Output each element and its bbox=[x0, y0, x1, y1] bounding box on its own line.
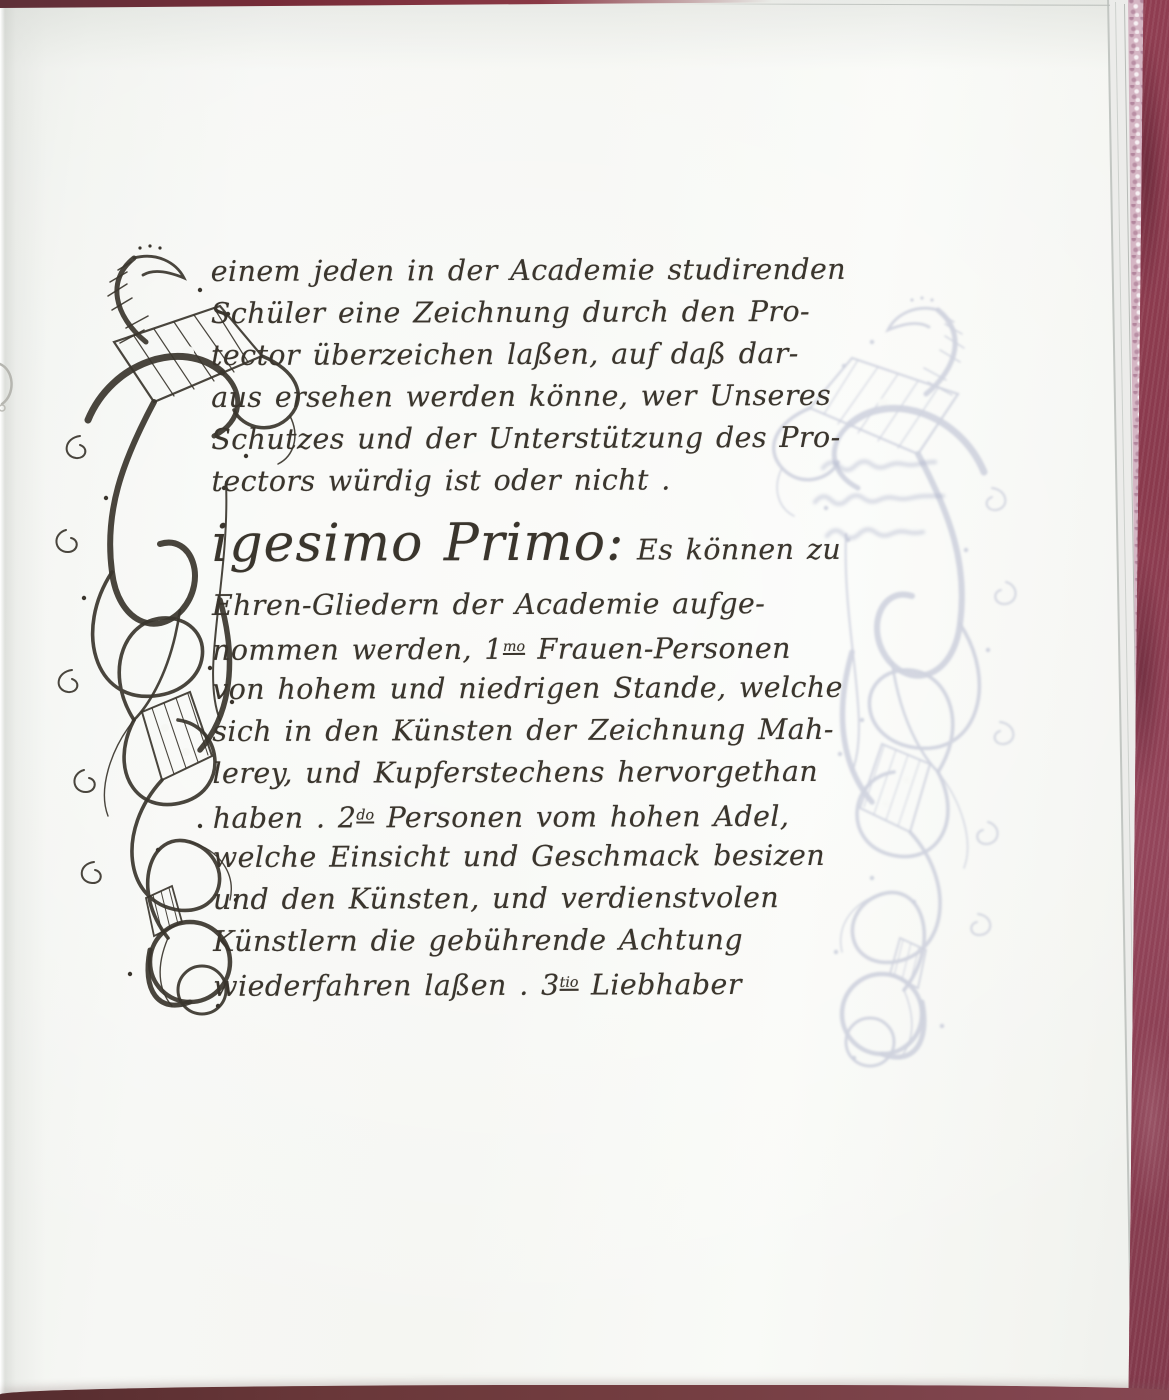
section-heading: igesimo Primo: bbox=[212, 513, 625, 574]
line-text: einem jeden in der Academie studirenden bbox=[211, 253, 846, 288]
line-text: Ehren-Gliedern der Academie aufge- bbox=[212, 587, 766, 622]
line-text: nommen werden, 1 bbox=[212, 633, 503, 667]
book-photo: einem jeden in der Academie studirendenS… bbox=[0, 0, 1169, 1400]
binding-thread-mark bbox=[0, 360, 24, 416]
line-text: lerey, und Kupferstechens hervorgethan bbox=[212, 755, 818, 790]
manuscript-line: haben . 2do Personen vom hohen Adel, bbox=[213, 793, 801, 837]
manuscript-line: sich in den Künsten der Zeichnung Mah- bbox=[212, 709, 800, 753]
line-text: Liebhaber bbox=[578, 968, 741, 1002]
manuscript-line: Künstlern die gebührende Achtung bbox=[213, 919, 801, 963]
line-text: sich in den Künsten der Zeichnung Mah- bbox=[212, 713, 834, 748]
manuscript-line: und den Künsten, und verdienstvolen bbox=[213, 877, 801, 921]
manuscript-line: aus ersehen werden könne, wer Unseres bbox=[211, 375, 799, 419]
line-text: tectors würdig ist oder nicht . bbox=[211, 463, 670, 498]
ordinal-superscript: tio bbox=[560, 975, 579, 991]
line-text: und den Künsten, und verdienstvolen bbox=[213, 881, 779, 916]
manuscript-line: lerey, und Kupferstechens hervorgethan bbox=[212, 751, 800, 795]
manuscript-line: Schutzes und der Unterstützung des Pro- bbox=[211, 417, 799, 461]
manuscript-line: tector überzeichen laßen, auf daß dar- bbox=[211, 333, 799, 377]
verso-bleedthrough-text bbox=[815, 450, 1005, 580]
line-text: von hohem und niedrigen Stande, welche bbox=[212, 671, 843, 706]
manuscript-line: tectors würdig ist oder nicht . bbox=[211, 459, 799, 503]
line-text: Schüler eine Zeichnung durch den Pro- bbox=[211, 295, 810, 330]
line-text: Es können zu bbox=[624, 533, 841, 567]
manuscript-line: einem jeden in der Academie studirenden bbox=[211, 249, 799, 293]
line-text: haben . 2 bbox=[213, 801, 357, 835]
manuscript-line: von hohem und niedrigen Stande, welche bbox=[212, 667, 800, 711]
line-text: Personen vom hohen Adel, bbox=[374, 800, 789, 834]
manuscript-line: Ehren-Gliedern der Academie aufge- bbox=[212, 583, 800, 627]
line-text: aus ersehen werden könne, wer Unseres bbox=[211, 379, 831, 414]
manuscript-line: welche Einsicht und Geschmack besizen bbox=[213, 835, 801, 879]
manuscript-line: nommen werden, 1mo Frauen-Personen bbox=[212, 625, 800, 669]
line-text: Schutzes und der Unterstützung des Pro- bbox=[211, 421, 840, 456]
line-text: Künstlern die gebührende Achtung bbox=[213, 923, 743, 958]
ordinal-superscript: mo bbox=[503, 639, 525, 655]
manuscript-line: Schüler eine Zeichnung durch den Pro- bbox=[211, 291, 799, 335]
line-text: Frauen-Personen bbox=[525, 632, 791, 666]
manuscript-line: wiederfahren laßen . 3tio Liebhaber bbox=[213, 961, 801, 1005]
line-text: tector überzeichen laßen, auf daß dar- bbox=[211, 337, 799, 372]
gutter-shadow bbox=[0, 0, 46, 1400]
ordinal-superscript: do bbox=[356, 807, 374, 823]
line-text: wiederfahren laßen . 3 bbox=[213, 969, 560, 1003]
line-text: welche Einsicht und Geschmack besizen bbox=[213, 839, 825, 874]
cover-edge-bottom bbox=[0, 1385, 1169, 1400]
manuscript-line: igesimo Primo: Es können zu bbox=[212, 501, 800, 585]
text-block: einem jeden in der Academie studirendenS… bbox=[211, 249, 802, 1005]
